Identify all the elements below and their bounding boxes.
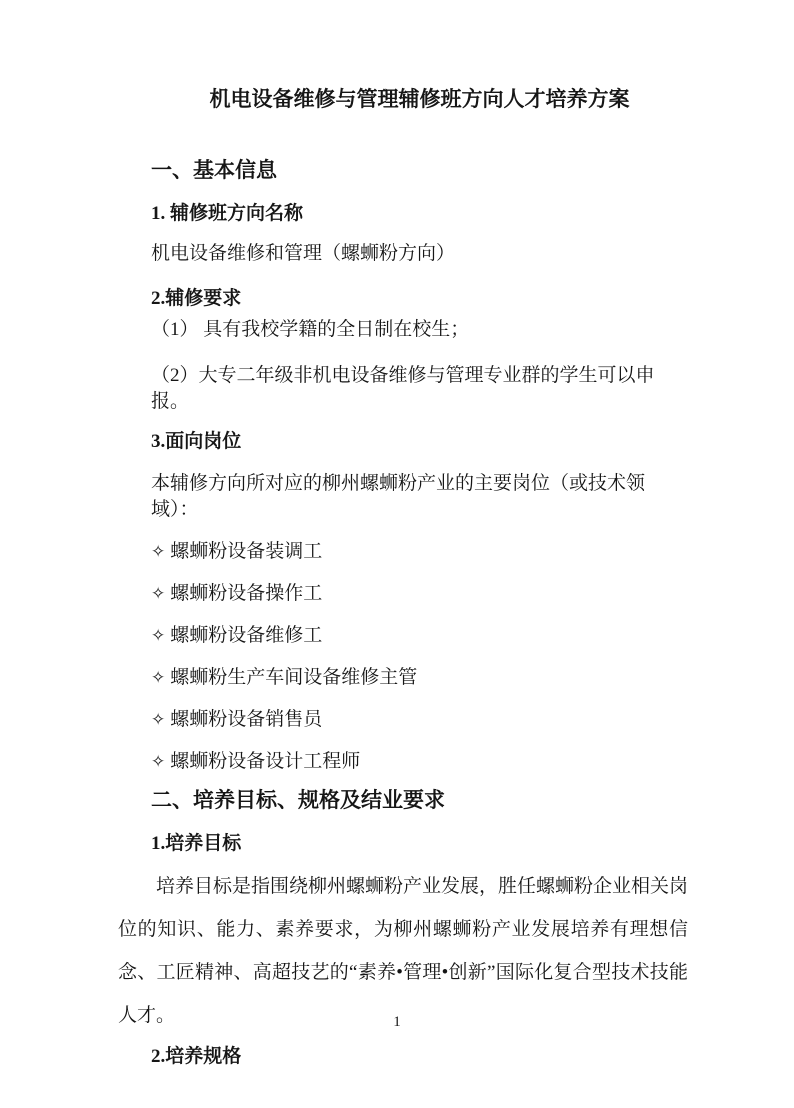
job-list-item: ✧螺蛳粉生产车间设备维修主管 xyxy=(151,665,688,691)
job-list-item: ✧螺蛳粉设备装调工 xyxy=(151,539,688,565)
job-label: 螺蛳粉生产车间设备维修主管 xyxy=(170,667,417,688)
job-label: 螺蛳粉设备装调工 xyxy=(170,541,322,562)
section-1-heading: 一、基本信息 xyxy=(151,157,688,183)
section-2-sub-2-heading: 2.培养规格 xyxy=(151,1044,688,1070)
diamond-bullet-icon: ✧ xyxy=(151,752,165,771)
job-label: 螺蛳粉设备操作工 xyxy=(170,583,322,604)
minor-program-name-text: 机电设备维修和管理（螺蛳粉方向） xyxy=(151,241,688,267)
job-list-item: ✧螺蛳粉设备操作工 xyxy=(151,581,688,607)
job-list-item: ✧螺蛳粉设备设计工程师 xyxy=(151,749,688,775)
document-title: 机电设备维修与管理辅修班方向人才培养方案 xyxy=(151,86,688,112)
job-list-item: ✧螺蛳粉设备维修工 xyxy=(151,623,688,649)
diamond-bullet-icon: ✧ xyxy=(151,626,165,645)
section-2-heading: 二、培养目标、规格及结业要求 xyxy=(151,787,688,813)
job-list-item: ✧螺蛳粉设备销售员 xyxy=(151,707,688,733)
job-label: 螺蛳粉设备维修工 xyxy=(170,625,322,646)
job-label: 螺蛳粉设备设计工程师 xyxy=(170,751,360,772)
requirement-item-2: （2）大专二年级非机电设备维修与管理专业群的学生可以申报。 xyxy=(151,363,688,415)
document-body: 机电设备维修与管理辅修班方向人才培养方案 一、基本信息 1. 辅修班方向名称 机… xyxy=(118,86,688,1070)
requirement-item-1: （1） 具有我校学籍的全日制在校生； xyxy=(151,317,688,343)
section-2-sub-1-heading: 1.培养目标 xyxy=(151,831,688,857)
diamond-bullet-icon: ✧ xyxy=(151,668,165,687)
job-label: 螺蛳粉设备销售员 xyxy=(170,709,322,730)
section-1-sub-3-heading: 3.面向岗位 xyxy=(151,429,688,455)
section-1-sub-2-heading: 2.辅修要求 xyxy=(151,286,688,312)
job-list-intro-text: 本辅修方向所对应的柳州螺蛳粉产业的主要岗位（或技术领域）： xyxy=(151,471,688,523)
document-page: 机电设备维修与管理辅修班方向人才培养方案 一、基本信息 1. 辅修班方向名称 机… xyxy=(0,0,794,1108)
page-number: 1 xyxy=(0,1012,794,1032)
diamond-bullet-icon: ✧ xyxy=(151,542,165,561)
section-1-sub-1-heading: 1. 辅修班方向名称 xyxy=(151,201,688,227)
diamond-bullet-icon: ✧ xyxy=(151,584,165,603)
diamond-bullet-icon: ✧ xyxy=(151,710,165,729)
